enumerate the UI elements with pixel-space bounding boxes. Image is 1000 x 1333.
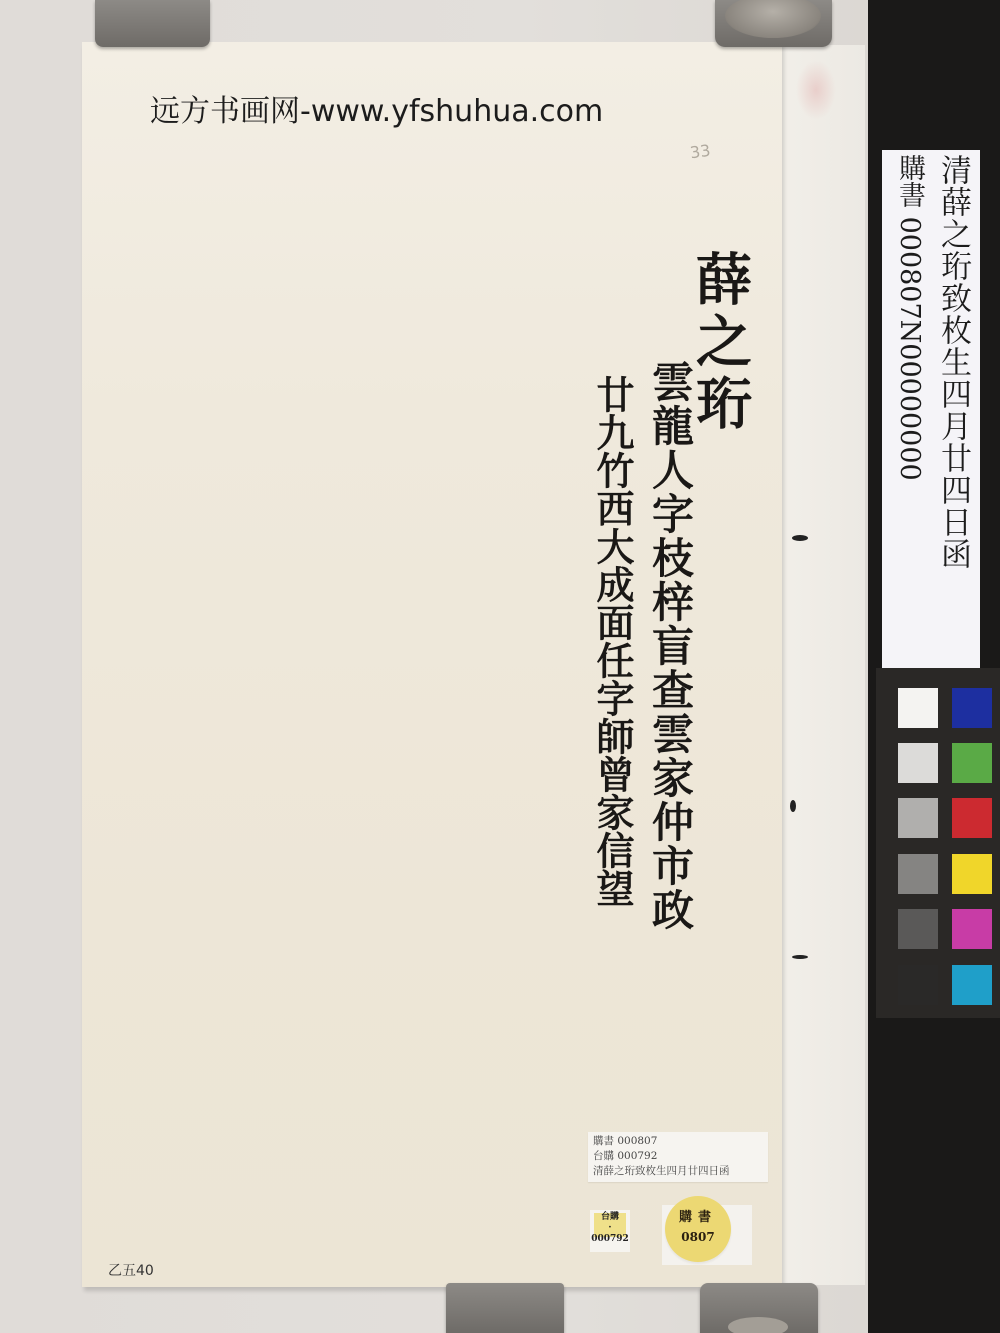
ink-bleed-mark [790, 800, 796, 812]
color-swatch-cyan [952, 965, 992, 1005]
circle-sticker-number: 0807 [665, 1230, 731, 1244]
metal-clip-bottom-left [446, 1283, 564, 1333]
color-swatch-red [952, 798, 992, 838]
color-swatch-blue [952, 688, 992, 728]
catalog-label-line3: 清薛之珩致枚生四月廿四日函 [593, 1164, 763, 1179]
square-sticker-text: 台購 · 000792 [590, 1212, 630, 1245]
gray-swatch-4 [898, 854, 938, 894]
ink-bleed-mark [792, 535, 808, 541]
square-sticker: 台購 · 000792 [590, 1210, 630, 1252]
color-checker-card [876, 668, 1000, 1018]
metal-clip-top-right [715, 0, 832, 47]
magnet-knob [725, 0, 821, 38]
circle-sticker: 購書 0807 [665, 1196, 731, 1262]
calligraphy-column-2: 雲龍人字枝梓盲查雲家仲市政 [640, 360, 700, 932]
magnet-knob [728, 1317, 788, 1333]
pencil-number: 33 [689, 141, 712, 163]
sticker-line3: 000792 [590, 1234, 630, 1245]
color-swatch-magenta [952, 909, 992, 949]
ink-bleed-mark [792, 955, 808, 959]
calligraphy-column-3: 廿九竹西大成面任字師曾家信望 [585, 375, 640, 907]
gray-swatch-1 [898, 688, 938, 728]
catalog-label-line1: 購書 000807 [593, 1134, 763, 1149]
corner-handwritten-mark: 乙五40 [108, 1260, 154, 1280]
metal-clip-bottom-right [700, 1283, 818, 1333]
sticker-line1: 台購 [590, 1212, 630, 1223]
catalog-label: 購書 000807 台購 000792 清薛之珩致枚生四月廿四日函 [588, 1132, 768, 1182]
metal-clip-top-left [95, 0, 210, 47]
vertical-title-label: 清薛之珩致枚生四月廿四日函 購書 000807N00000000 [882, 150, 980, 670]
gray-swatch-3 [898, 798, 938, 838]
color-swatch-green [952, 743, 992, 783]
code-value: 000807N00000000 [894, 217, 925, 481]
color-swatch-yellow [952, 854, 992, 894]
gray-swatch-5 [898, 909, 938, 949]
circle-sticker-label: 購書 [665, 1206, 731, 1225]
code-prefix: 購書 [894, 154, 925, 208]
sticker-line2: · [590, 1223, 630, 1234]
title-label-title: 清薛之珩致枚生四月廿四日函 [934, 154, 972, 666]
pink-stain [796, 60, 836, 120]
gray-swatch-6 [898, 965, 938, 1005]
title-label-code: 購書 000807N00000000 [890, 154, 928, 666]
backing-paper-strip [775, 45, 865, 1285]
gray-swatch-2 [898, 743, 938, 783]
watermark-text: 远方书画网-www.yfshuhua.com [150, 86, 603, 130]
catalog-label-line2: 台購 000792 [593, 1149, 763, 1164]
